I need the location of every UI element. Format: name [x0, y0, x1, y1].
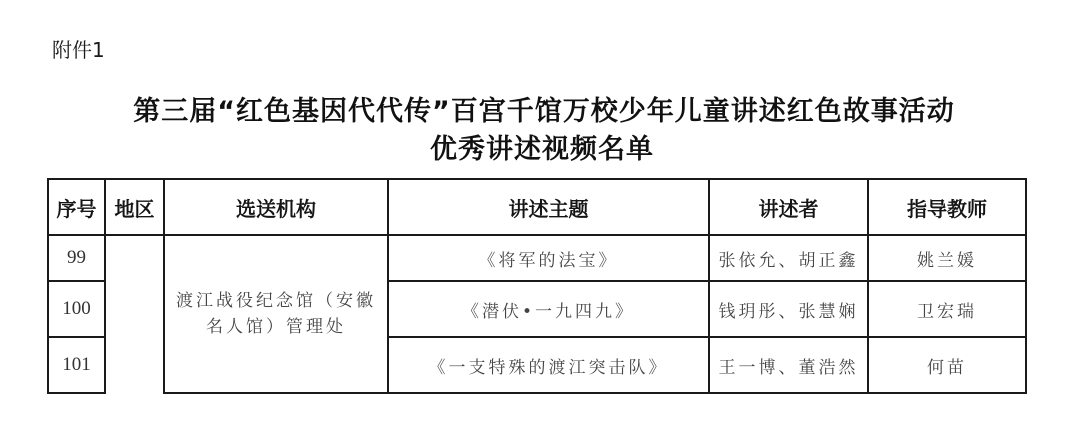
- header-teacher: 指导教师: [869, 180, 1025, 234]
- row-teacher: 何苗: [869, 338, 1025, 392]
- nominee-table: 序号 地区 选送机构 讲述主题 讲述者 指导教师 渡江战役纪念馆（安徽 名人馆）…: [0, 0, 1080, 433]
- table-border-bottom: [47, 392, 104, 394]
- row-teacher: 姚兰媛: [869, 236, 1025, 280]
- row-index: 100: [49, 282, 104, 336]
- header-index: 序号: [49, 180, 104, 234]
- org-name-line1: 渡江战役纪念馆（安徽: [176, 288, 376, 314]
- row-narrator: 王一博、董浩然: [710, 338, 867, 392]
- header-topic: 讲述主题: [389, 180, 708, 234]
- row-teacher: 卫宏瑞: [869, 282, 1025, 336]
- row-topic: 《将军的法宝》: [389, 236, 708, 280]
- table-border-right: [1025, 178, 1027, 394]
- row-topic: 《一支特殊的渡江突击队》: [389, 338, 708, 392]
- row-narrator: 钱玥彤、张慧娴: [710, 282, 867, 336]
- row-narrator: 张依允、胡正鑫: [710, 236, 867, 280]
- row-topic: 《潜伏•一九四九》: [389, 282, 708, 336]
- org-cell: 渡江战役纪念馆（安徽 名人馆）管理处: [165, 236, 387, 392]
- row-index: 99: [49, 236, 104, 280]
- table-border-bottom: [163, 392, 1027, 394]
- org-name-line2: 名人馆）管理处: [206, 314, 346, 340]
- header-region: 地区: [106, 180, 163, 234]
- row-index: 101: [49, 338, 104, 392]
- header-org: 选送机构: [165, 180, 387, 234]
- region-cell: [106, 236, 163, 394]
- header-narrator: 讲述者: [710, 180, 867, 234]
